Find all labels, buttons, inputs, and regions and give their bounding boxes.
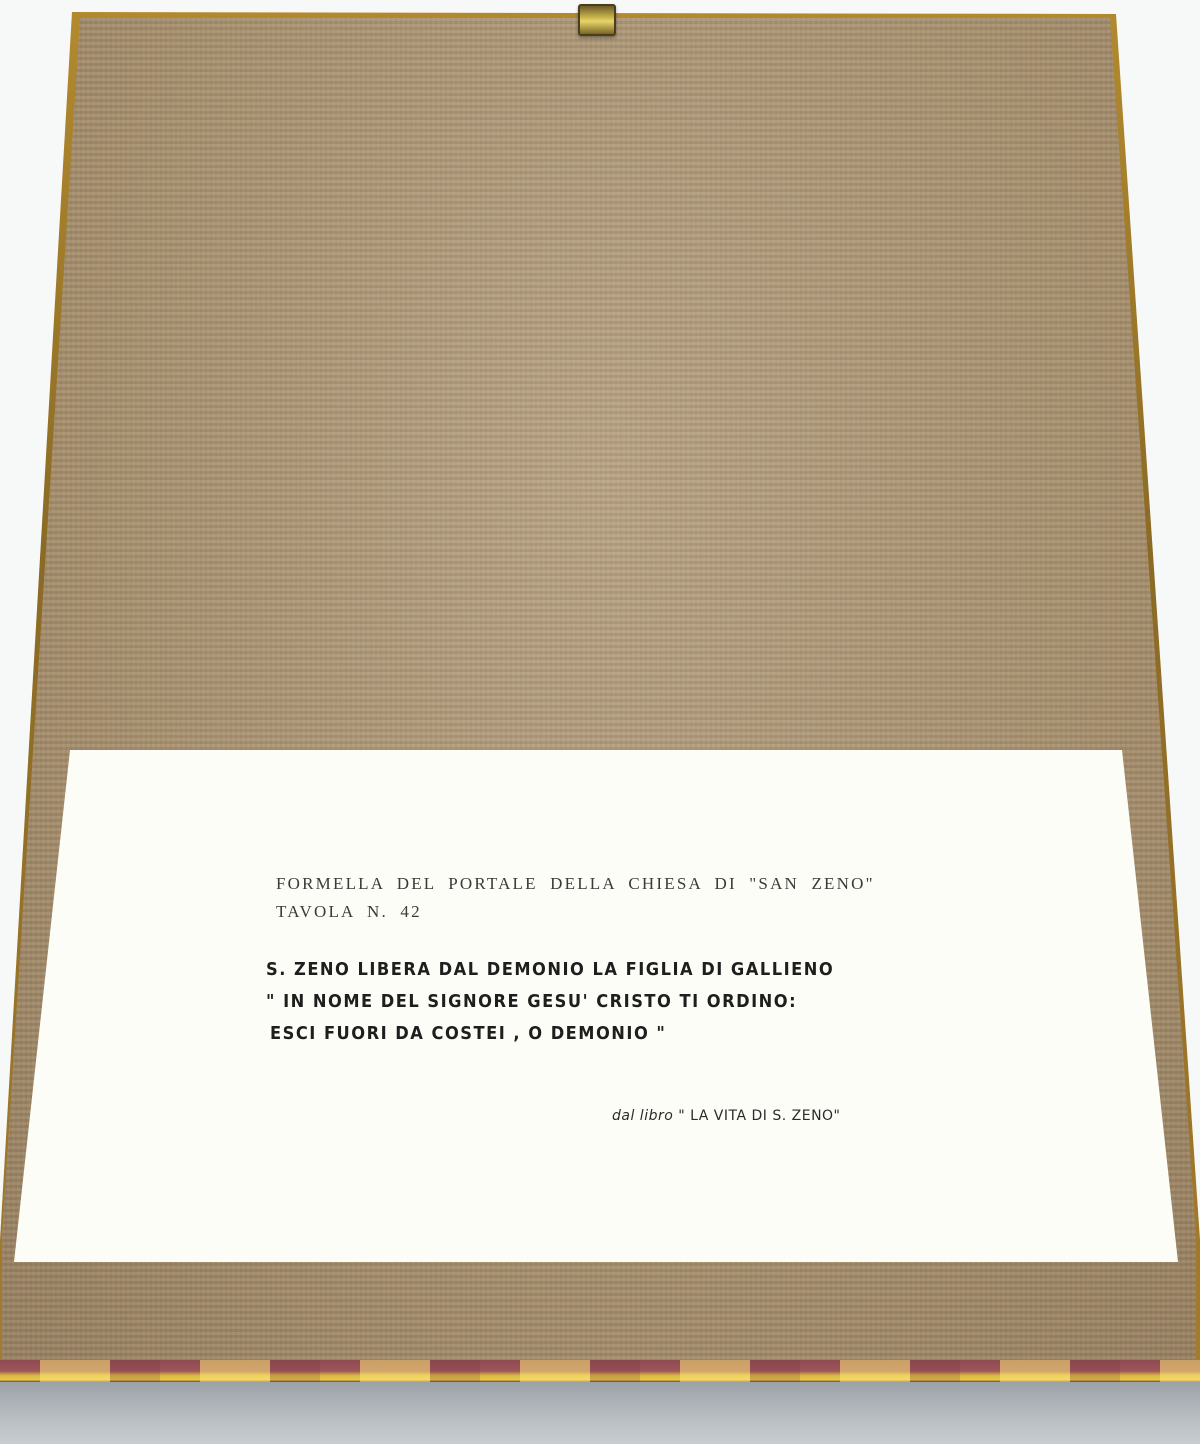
label-source-prefix: dal libro — [612, 1108, 673, 1124]
label-source-book: " LA VITA DI S. ZENO" — [678, 1108, 840, 1124]
table-surface — [0, 1380, 1200, 1444]
label-source: dal libro " LA VITA DI S. ZENO" — [612, 1108, 841, 1124]
label-title-line-2: " IN NOME DEL SIGNORE GESU' CRISTO TI OR… — [266, 992, 797, 1012]
label-heading-line-1: FORMELLA DEL PORTALE DELLA CHIESA DI "SA… — [276, 874, 875, 894]
brass-hanger-clip-icon — [578, 4, 616, 36]
print-label: FORMELLA DEL PORTALE DELLA CHIESA DI "SA… — [14, 750, 1178, 1262]
gilded-frame-bottom-edge — [0, 1360, 1200, 1382]
label-heading-line-2: TAVOLA N. 42 — [276, 902, 422, 922]
label-title-line-3: ESCI FUORI DA COSTEI , O DEMONIO " — [270, 1024, 666, 1044]
label-title-line-1: S. ZENO LIBERA DAL DEMONIO LA FIGLIA DI … — [266, 960, 834, 980]
